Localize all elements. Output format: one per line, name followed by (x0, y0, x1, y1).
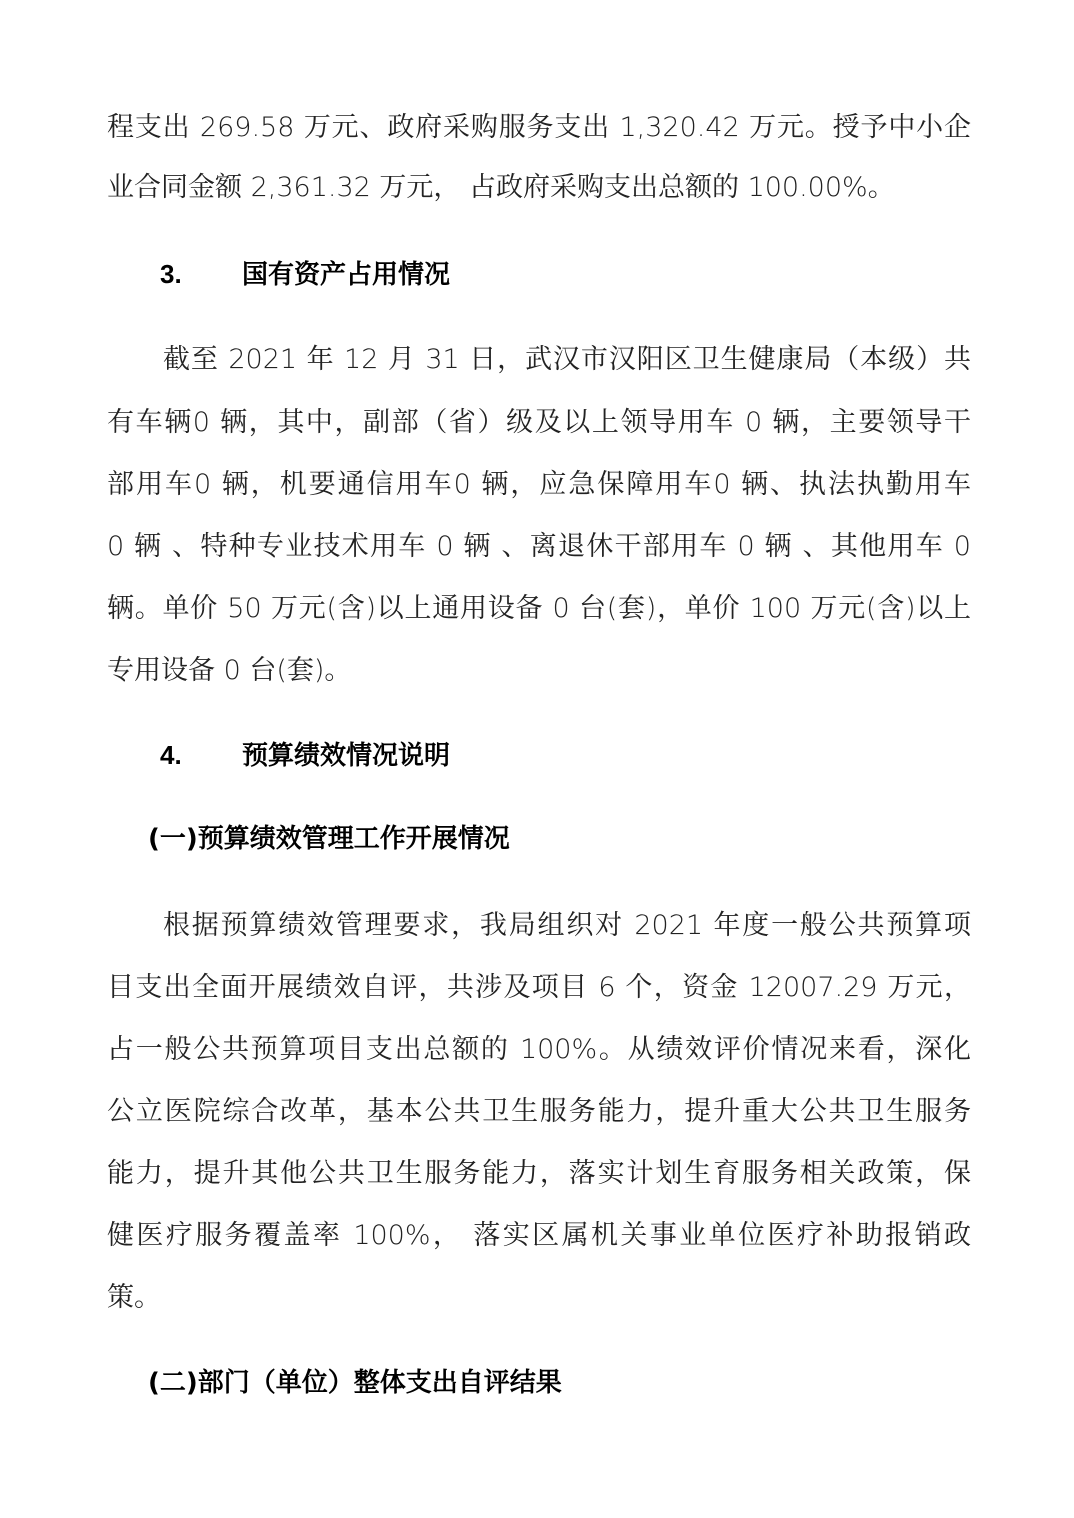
paragraph-line: 程支出 269.58 万元、政府采购服务支出 1,320.42 万元。授予中小企 (107, 108, 971, 148)
section-title: 国有资产占用情况 (242, 260, 450, 290)
paragraph-line: 0 辆 、特种专业技术用车 0 辆 、离退休干部用车 0 辆 、其他用车 0 (107, 527, 971, 567)
subsection-heading-1: (一)预算绩效管理工作开展情况 (148, 819, 510, 859)
paragraph-line: 公立医院综合改革，基本公共卫生服务能力，提升重大公共卫生服务 (107, 1092, 971, 1132)
paragraph-line: 占一般公共预算项目支出总额的 100%。从绩效评价情况来看，深化 (107, 1030, 971, 1070)
subsection-heading-2: (二)部门（单位）整体支出自评结果 (148, 1363, 562, 1403)
paragraph-line: 目支出全面开展绩效自评，共涉及项目 6 个，资金 12007.29 万元， (107, 968, 971, 1008)
paragraph-line: 根据预算绩效管理要求，我局组织对 2021 年度一般公共预算项 (163, 906, 971, 946)
section-heading-4: 4.预算绩效情况说明 (160, 735, 450, 775)
section-title: 预算绩效情况说明 (242, 741, 450, 771)
section-number: 3. (160, 254, 242, 294)
section-number: 4. (160, 735, 242, 775)
paragraph-line: 有车辆0 辆，其中，副部（省）级及以上领导用车 0 辆，主要领导干 (107, 403, 971, 443)
paragraph-line: 部用车0 辆，机要通信用车0 辆，应急保障用车0 辆、执法执勤用车 (107, 465, 971, 505)
paragraph-line: 辆。单价 50 万元(含)以上通用设备 0 台(套)，单价 100 万元(含)以… (107, 589, 971, 629)
section-heading-3: 3.国有资产占用情况 (160, 254, 450, 294)
paragraph-line: 截至 2021 年 12 月 31 日，武汉市汉阳区卫生健康局（本级）共 (163, 340, 971, 380)
paragraph-line: 健医疗服务覆盖率 100%， 落实区属机关事业单位医疗补助报销政 (107, 1216, 971, 1256)
paragraph-line: 策。 (107, 1278, 971, 1318)
paragraph-line: 业合同金额 2,361.32 万元， 占政府采购支出总额的 100.00%。 (107, 168, 971, 208)
paragraph-line: 专用设备 0 台(套)。 (107, 651, 971, 691)
paragraph-line: 能力，提升其他公共卫生服务能力，落实计划生育服务相关政策，保 (107, 1154, 971, 1194)
document-page: 程支出 269.58 万元、政府采购服务支出 1,320.42 万元。授予中小企… (0, 0, 1074, 1518)
